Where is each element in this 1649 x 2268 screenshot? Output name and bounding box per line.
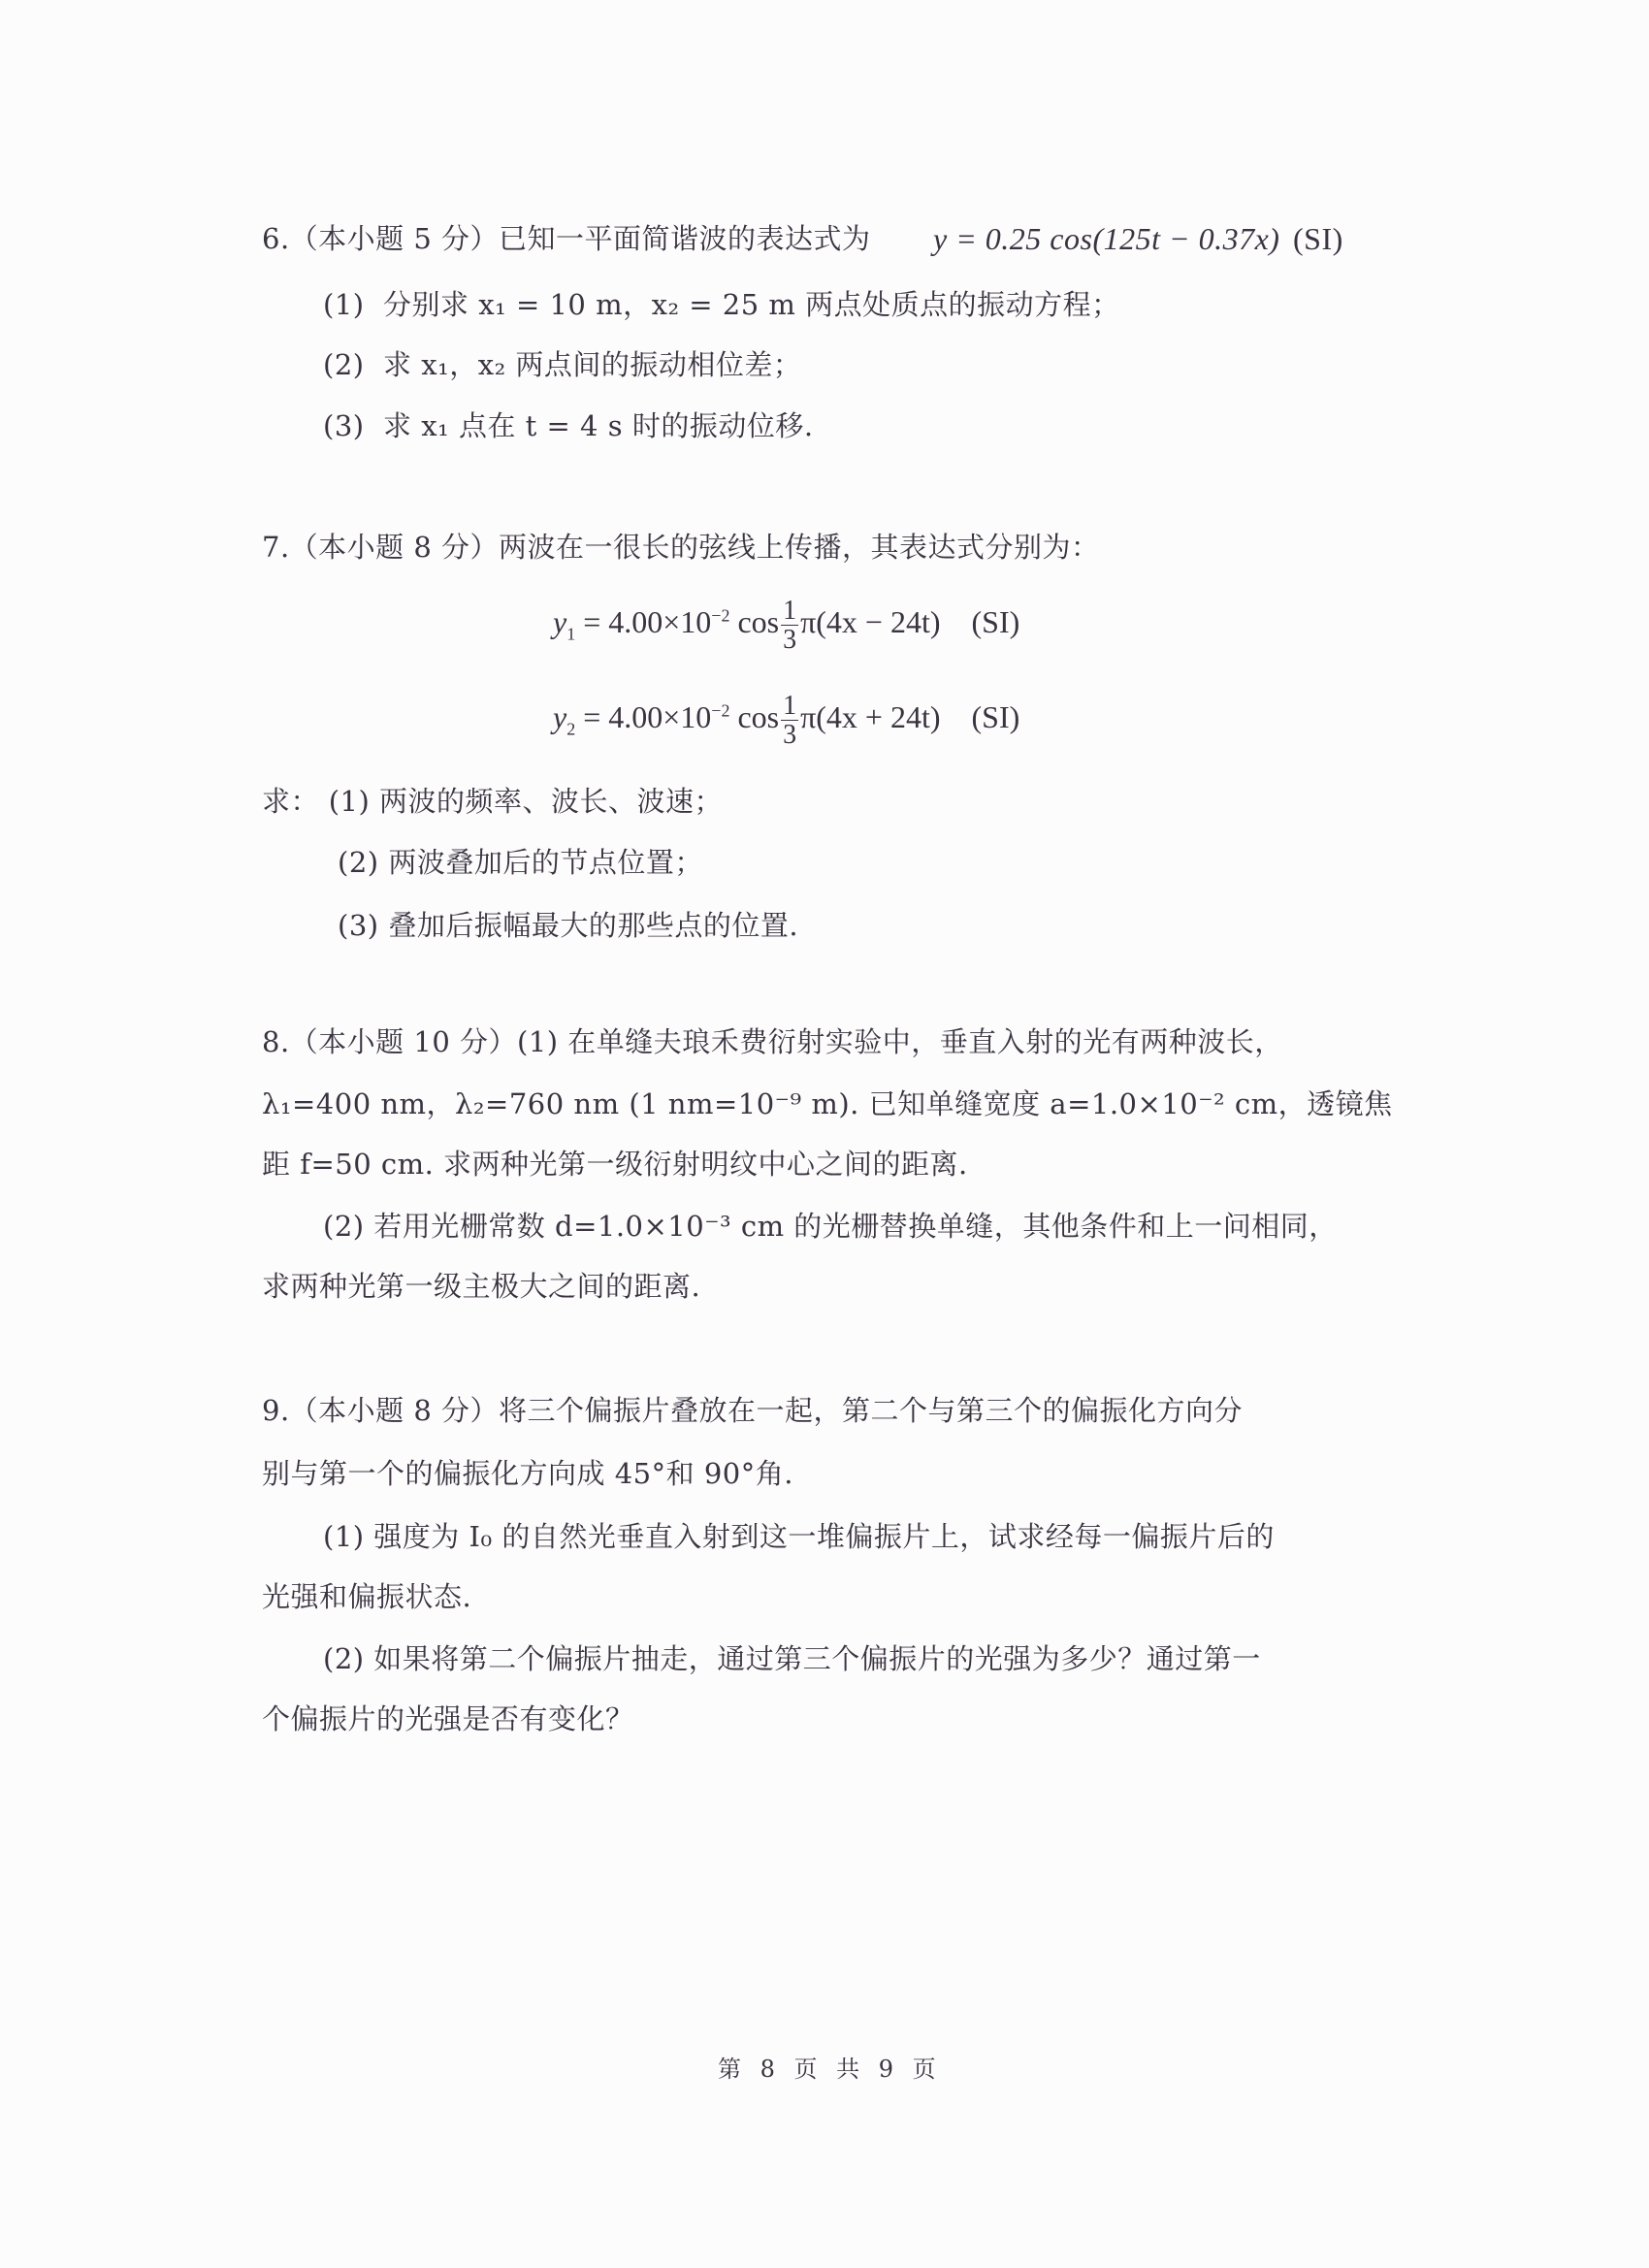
q7-part-2: (2) 两波叠加后的节点位置；: [338, 849, 703, 877]
q6-number: 6.: [262, 222, 290, 255]
q9-line-2: 别与第一个的偏振化方向成 45°和 90°角.: [262, 1460, 793, 1488]
q6-part-3: (3) 求 x₁ 点在 t = 4 s 时的振动位移.: [323, 412, 814, 440]
q8-line-5: 求两种光第一级主极大之间的距离.: [262, 1273, 700, 1301]
fraction: 13: [781, 597, 798, 655]
q7-part-3: (3) 叠加后振幅最大的那些点的位置.: [338, 912, 798, 940]
page-footer: 第 8 页 共 9 页: [718, 2050, 942, 2084]
q7-ask: 求： (1) 两波的频率、波长、波速；: [262, 788, 723, 816]
q7-equation-2: y2 = 4.00×10−2 cos13π(4x + 24t) (SI): [553, 692, 1019, 750]
q9-line-6: 个偏振片的光强是否有变化？: [262, 1705, 634, 1733]
q8-line-1: 8.（本小题 10 分）(1) 在单缝夫琅禾费衍射实验中，垂直入射的光有两种波长…: [262, 1028, 1283, 1056]
q6-header-text: （本小题 5 分）已知一平面简谐波的表达式为: [290, 222, 871, 255]
fraction: 13: [781, 692, 798, 750]
q9-line-1: 9.（本小题 8 分）将三个偏振片叠放在一起，第二个与第三个的偏振化方向分: [262, 1397, 1243, 1425]
q9-line-3: (1) 强度为 I₀ 的自然光垂直入射到这一堆偏振片上，试求经每一偏振片后的: [323, 1523, 1275, 1551]
q6-header: 6.（本小题 5 分）已知一平面简谐波的表达式为: [262, 225, 871, 253]
q6-part-1: (1) 分别求 x₁ = 10 m，x₂ = 25 m 两点处质点的振动方程；: [323, 291, 1120, 319]
q9-line-5: (2) 如果将第二个偏振片抽走，通过第三个偏振片的光强为多少？通过第一: [323, 1645, 1261, 1673]
q6-unit: (SI): [1293, 223, 1343, 254]
q8-line-3: 距 f=50 cm. 求两种光第一级衍射明纹中心之间的距离.: [262, 1150, 968, 1179]
q9-line-4: 光强和偏振状态.: [262, 1583, 471, 1611]
q8-line-2: λ₁=400 nm，λ₂=760 nm (1 nm=10⁻⁹ m). 已知单缝宽…: [262, 1090, 1393, 1118]
q7-equation-1: y1 = 4.00×10−2 cos13π(4x − 24t) (SI): [553, 597, 1019, 655]
q6-equation: y = 0.25 cos(125t − 0.37x): [933, 223, 1279, 254]
q7-header: 7.（本小题 8 分）两波在一很长的弦线上传播，其表达式分别为：: [262, 534, 1100, 562]
q6-part-2: (2) 求 x₁，x₂ 两点间的振动相位差；: [323, 351, 801, 379]
q8-line-4: (2) 若用光栅常数 d=1.0×10⁻³ cm 的光栅替换单缝，其他条件和上一…: [323, 1213, 1338, 1241]
